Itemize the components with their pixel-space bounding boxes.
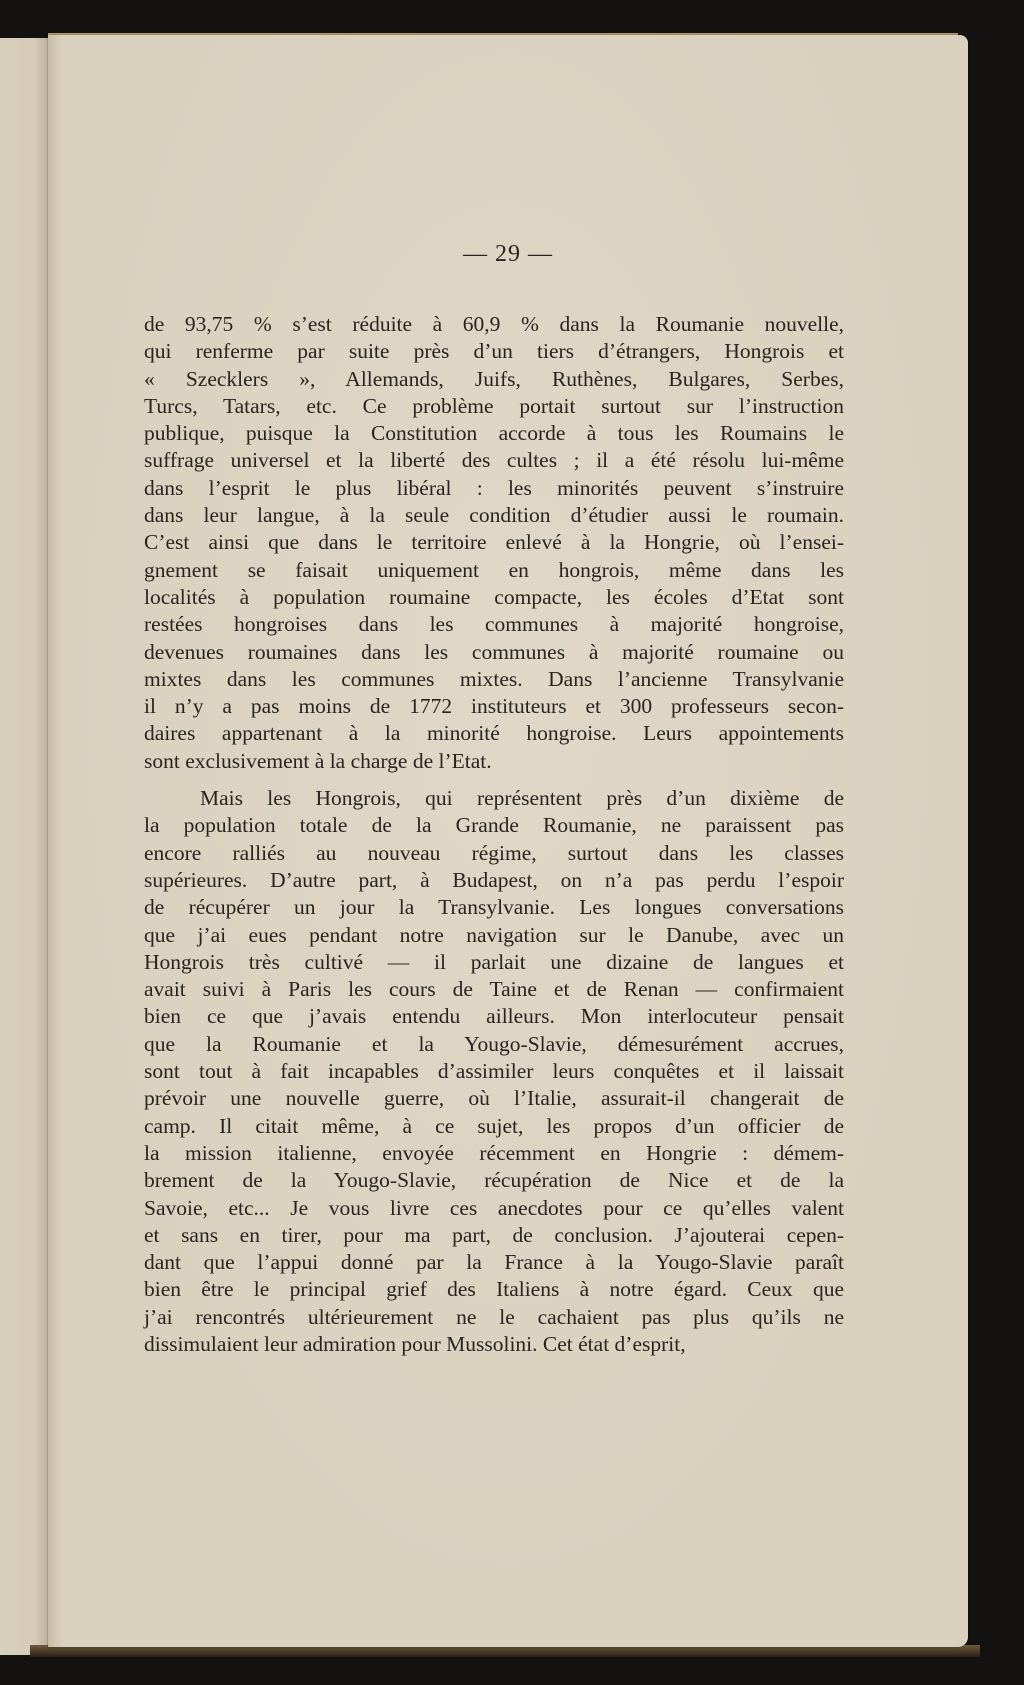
page-number: — 29 —: [48, 241, 968, 268]
paragraph: Mais les Hongrois, qui représentent près…: [144, 785, 844, 1358]
text-line: qui renferme par suite près d’un tiers d…: [144, 338, 844, 365]
text-line: camp. Il citait même, à ce sujet, les pr…: [144, 1113, 844, 1140]
text-line: localités à population roumaine compacte…: [144, 584, 844, 611]
text-line: daires appartenant à la minorité hongroi…: [144, 720, 844, 747]
text-line: de récupérer un jour la Transylvanie. Le…: [144, 894, 844, 921]
text-line: Savoie, etc... Je vous livre ces anecdot…: [144, 1195, 844, 1222]
text-line: restées hongroises dans les communes à m…: [144, 611, 844, 638]
body-text: de 93,75 % s’est réduite à 60,9 % dans l…: [144, 311, 844, 1358]
text-line: Mais les Hongrois, qui représentent près…: [144, 785, 844, 812]
text-line: la population totale de la Grande Rouman…: [144, 812, 844, 839]
text-line: Hongrois très cultivé — il parlait une d…: [144, 949, 844, 976]
text-line: dans l’esprit le plus libéral : les mino…: [144, 475, 844, 502]
text-line: de 93,75 % s’est réduite à 60,9 % dans l…: [144, 311, 844, 338]
text-line: brement de la Yougo-Slavie, récupération…: [144, 1167, 844, 1194]
text-line: supérieures. D’autre part, à Budapest, o…: [144, 867, 844, 894]
text-line: avait suivi à Paris les cours de Taine e…: [144, 976, 844, 1003]
left-page-edge: [0, 38, 50, 1655]
text-line: dans leur langue, à la seule condition d…: [144, 502, 844, 529]
text-line: sont tout à fait incapables d’assimiler …: [144, 1058, 844, 1085]
text-line: dissimulaient leur admiration pour Musso…: [144, 1331, 844, 1358]
text-line: encore ralliés au nouveau régime, surtou…: [144, 840, 844, 867]
text-line: dant que l’appui donné par la France à l…: [144, 1249, 844, 1276]
text-line: mixtes dans les communes mixtes. Dans l’…: [144, 666, 844, 693]
text-line: bien être le principal grief des Italien…: [144, 1276, 844, 1303]
paragraph: de 93,75 % s’est réduite à 60,9 % dans l…: [144, 311, 844, 775]
text-line: et sans en tirer, pour ma part, de concl…: [144, 1222, 844, 1249]
text-line: suffrage universel et la liberté des cul…: [144, 447, 844, 474]
text-line: « Szecklers », Allemands, Juifs, Ruthène…: [144, 366, 844, 393]
text-line: que j’ai eues pendant notre navigation s…: [144, 922, 844, 949]
text-line: publique, puisque la Constitution accord…: [144, 420, 844, 447]
text-line: Turcs, Tatars, etc. Ce problème portait …: [144, 393, 844, 420]
book-page: — 29 — de 93,75 % s’est réduite à 60,9 %…: [48, 35, 968, 1647]
text-line: C’est ainsi que dans le territoire enlev…: [144, 529, 844, 556]
text-line: j’ai rencontrés ultérieurement ne le cac…: [144, 1304, 844, 1331]
text-line: la mission italienne, envoyée récemment …: [144, 1140, 844, 1167]
text-line: devenues roumaines dans les communes à m…: [144, 639, 844, 666]
paragraph-gap: [144, 775, 844, 785]
text-line: il n’y a pas moins de 1772 instituteurs …: [144, 693, 844, 720]
text-line: prévoir une nouvelle guerre, où l’Italie…: [144, 1085, 844, 1112]
text-line: que la Roumanie et la Yougo-Slavie, déme…: [144, 1031, 844, 1058]
text-line: gnement se faisait uniquement en hongroi…: [144, 557, 844, 584]
text-line: sont exclusivement à la charge de l’Etat…: [144, 748, 844, 775]
text-line: bien ce que j’avais entendu ailleurs. Mo…: [144, 1003, 844, 1030]
